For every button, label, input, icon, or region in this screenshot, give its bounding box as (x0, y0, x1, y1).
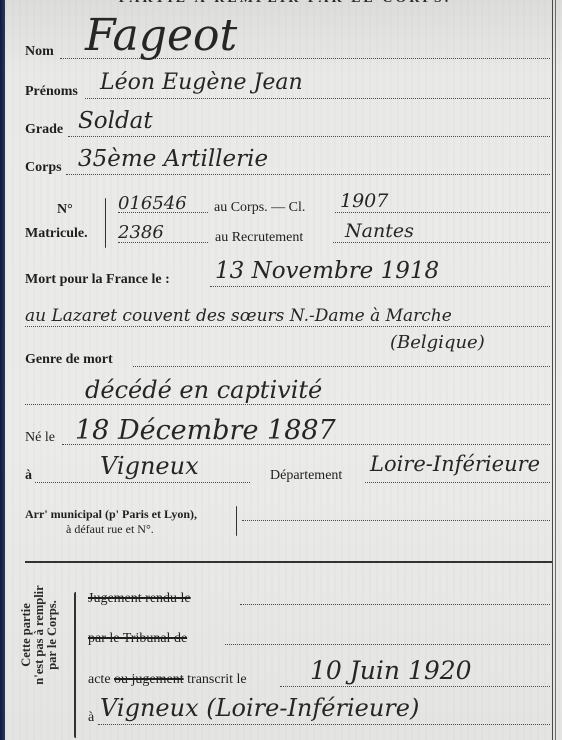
au-recrutement-label: au Recrutement (215, 230, 303, 246)
corps-value: 35ème Artillerie (78, 146, 268, 172)
acte-label-suffix: transcrit le (187, 672, 246, 687)
transcription-brace (74, 592, 76, 738)
genre-de-mort-line1 (133, 366, 550, 367)
departement-line (365, 482, 550, 483)
naissance-lieu-line (35, 482, 250, 483)
matricule-recrutement-number: 2386 (118, 222, 164, 243)
ne-le-label: Né le (25, 430, 55, 446)
naissance-date: 18 Décembre 1887 (75, 415, 336, 446)
prenoms-value: Léon Eugène Jean (100, 70, 303, 95)
grade-line (68, 136, 550, 137)
grade-label: Grade (25, 122, 63, 138)
tribunal-line (225, 644, 550, 645)
jugement-rendu-line (240, 604, 550, 605)
mort-date-line (210, 286, 550, 287)
nom-value: Fageot (85, 10, 237, 61)
matricule-no-label: N° (57, 202, 73, 218)
departement-label: Département (270, 468, 342, 484)
jugement-rendu-label: Jugement rendu le (88, 591, 191, 607)
genre-de-mort-value: décédé en captivité (85, 376, 322, 404)
mort-label: Mort pour la France le : (25, 272, 170, 288)
transcrit-lieu-line (98, 724, 550, 725)
au-corps-label: au Corps. — Cl. (214, 200, 305, 216)
prenoms-line (85, 98, 550, 99)
right-double-rule (552, 0, 556, 740)
mort-lieu-line (25, 326, 550, 327)
acte-label-prefix: acte (88, 672, 111, 687)
transcrit-lieu: Vigneux (Loire-Inférieure) (100, 694, 419, 722)
naissance-lieu: Vigneux (100, 452, 199, 480)
genre-de-mort-label: Genre de mort (25, 352, 113, 368)
form-header: PARTIE À REMPLIR PAR LE CORPS. (100, 0, 470, 7)
transcrit-date-line (280, 686, 550, 687)
departement-value: Loire-Inférieure (370, 452, 540, 476)
arrondissement-brace (236, 506, 237, 536)
mort-lieu-line2: (Belgique) (390, 332, 485, 353)
classe-value: 1907 (340, 190, 388, 212)
matricule-label: Matricule. (25, 226, 88, 242)
side-note-line3: par le Corps. (46, 570, 59, 700)
arrondissement-label-line1: Arr' municipal (p' Paris et Lyon), (25, 507, 197, 522)
arrondissement-label-line2: à défaut rue et N°. (66, 522, 154, 537)
classe-line (335, 212, 550, 213)
matricule-corps-number: 016546 (118, 193, 187, 214)
nom-label: Nom (25, 44, 54, 60)
tribunal-label: par le Tribunal de (88, 631, 187, 647)
corps-line (66, 174, 550, 175)
genre-de-mort-line2 (25, 404, 550, 405)
side-note: Cette partie n'est pas à remplir par le … (20, 570, 59, 700)
recrutement-line (333, 242, 550, 243)
corps-label: Corps (25, 160, 62, 176)
matricule-recrutement-line (118, 242, 208, 243)
acte-label-struck: ou jugement (114, 672, 184, 687)
transcrit-a-label: à (88, 710, 94, 726)
recrutement-place: Nantes (345, 220, 414, 242)
matricule-brace (105, 198, 106, 248)
grade-value: Soldat (78, 108, 153, 134)
transcrit-date: 10 Juin 1920 (310, 656, 472, 685)
prenoms-label: Prénoms (25, 84, 78, 100)
naissance-a-label: à (25, 468, 32, 484)
mort-date: 13 Novembre 1918 (215, 258, 439, 284)
acte-label: acte ou jugement transcrit le (88, 672, 247, 688)
mort-lieu-line1: au Lazaret couvent des sœurs N.-Dame à M… (25, 306, 452, 326)
section-divider (25, 561, 552, 563)
matricule-corps-line (118, 212, 208, 213)
arrondissement-line (242, 520, 550, 521)
